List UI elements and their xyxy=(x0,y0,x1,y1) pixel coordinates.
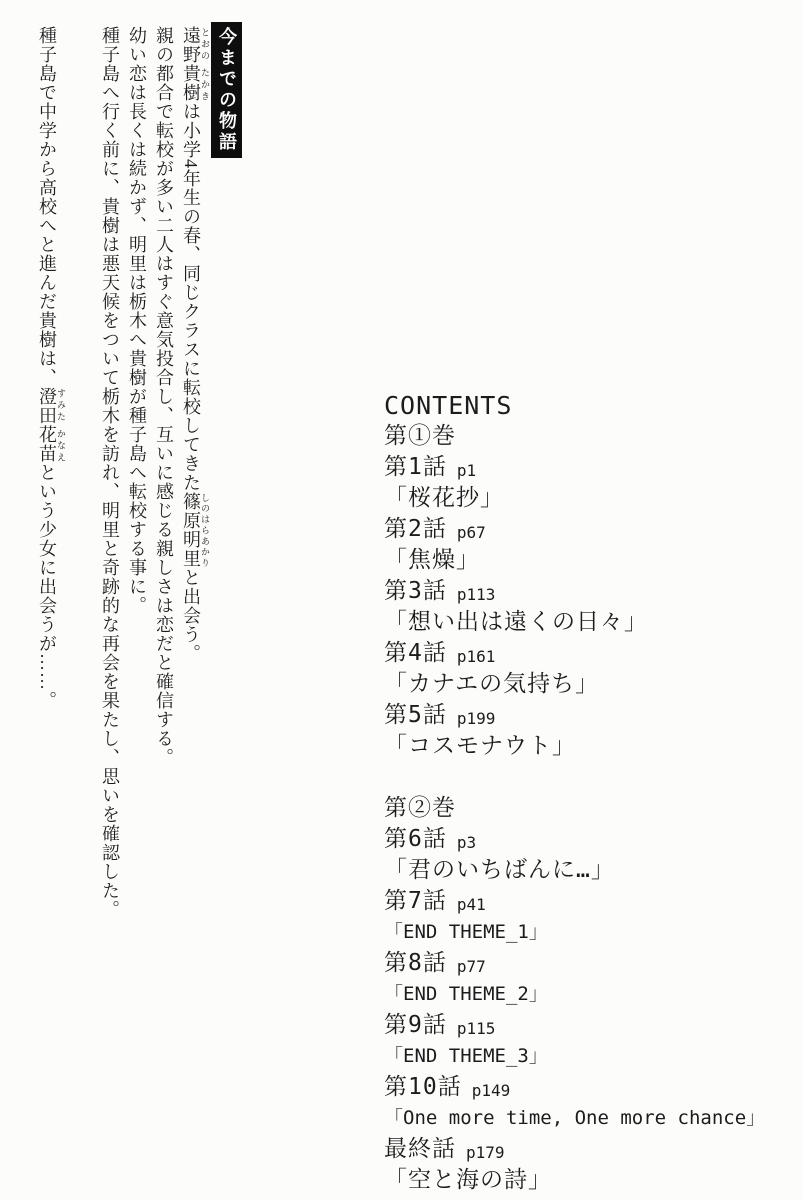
story-paragraph: 幼い恋は長くは続かず、明里は栃木へ貴樹が種子島へ転校する事に。 xyxy=(123,26,150,928)
contents-item-page: p67 xyxy=(457,523,486,542)
contents-item-page: p161 xyxy=(457,647,496,666)
contents-item-page: p199 xyxy=(457,709,496,728)
contents-row: 「桜花抄」 xyxy=(384,483,765,514)
contents-item-label: 第4話 xyxy=(384,640,447,666)
contents-item-label: 「カナエの気持ち」 xyxy=(384,671,599,697)
contents-row: 第2話p67 xyxy=(384,514,765,545)
contents-row: 第5話p199 xyxy=(384,700,765,731)
contents-item-label: 第①巻 xyxy=(384,423,456,449)
story-paragraph: 遠野貴樹とおの たかきは小学4年生の春、同じクラスに転校してきた篠原明里しのはら… xyxy=(177,26,210,928)
contents-row: 第10話p149 xyxy=(384,1072,765,1103)
contents-item-label: 第5話 xyxy=(384,702,447,728)
contents-item-label: 第9話 xyxy=(384,1012,447,1038)
contents-row: 「END THEME_3」 xyxy=(384,1041,765,1072)
contents-item-label: 第6話 xyxy=(384,826,447,852)
contents-item-label: 「桜花抄」 xyxy=(384,485,504,511)
contents-item-page: p149 xyxy=(472,1081,511,1100)
story-paragraph: 種子島で中学から高校へと進んだ貴樹は、澄田花苗すみた かなえという少女に出会うが… xyxy=(33,26,66,928)
contents-item-label: 第1話 xyxy=(384,454,447,480)
contents-item-label: 「焦燥」 xyxy=(384,547,480,573)
contents-row: 第8話p77 xyxy=(384,948,765,979)
contents-item-page: p1 xyxy=(457,461,476,480)
story-header-box: 今までの物語 xyxy=(211,22,242,158)
contents-item-label: 第2話 xyxy=(384,516,447,542)
contents-item-label: 「END THEME_3」 xyxy=(384,1045,548,1067)
contents-row: 第7話p41 xyxy=(384,886,765,917)
contents-item-label: 第10話 xyxy=(384,1074,462,1100)
contents-list: CONTENTS第①巻第1話p1「桜花抄」第2話p67「焦燥」第3話p113「想… xyxy=(384,390,765,1196)
contents-row: 第3話p113 xyxy=(384,576,765,607)
contents-row: 「空と海の詩」 xyxy=(384,1165,765,1196)
contents-item-page: p113 xyxy=(457,585,496,604)
story-text: 遠野貴樹とおの たかきは小学4年生の春、同じクラスに転校してきた篠原明里しのはら… xyxy=(36,26,210,928)
contents-row: 「END THEME_2」 xyxy=(384,979,765,1010)
contents-item-label: 「コスモナウト」 xyxy=(384,733,576,759)
contents-row: 「焦燥」 xyxy=(384,545,765,576)
contents-item-page: p41 xyxy=(457,895,486,914)
contents-row: 「君のいちばんに…」 xyxy=(384,855,765,886)
contents-row: 「One more time, One more chance」 xyxy=(384,1103,765,1134)
contents-row: 第9話p115 xyxy=(384,1010,765,1041)
story-paragraph: 種子島へ行く前に、貴樹は悪天候をついて栃木を訪れ、明里と奇跡的な再会を果たし、思… xyxy=(96,26,123,928)
contents-row: 「想い出は遠くの日々」 xyxy=(384,607,765,638)
contents-item-label: 「END THEME_2」 xyxy=(384,983,548,1005)
contents-item-label: 「END THEME_1」 xyxy=(384,921,548,943)
contents-row: 「コスモナウト」 xyxy=(384,731,765,762)
contents-item-label: CONTENTS xyxy=(384,391,512,420)
character-name-with-furigana: 遠野貴樹とおの たかき xyxy=(181,26,201,102)
character-name-with-furigana: 澄田花苗すみた かなえ xyxy=(37,387,57,463)
contents-item-page: p179 xyxy=(466,1143,505,1162)
contents-row: 「カナエの気持ち」 xyxy=(384,669,765,700)
contents-row: 「END THEME_1」 xyxy=(384,917,765,948)
contents-item-page: p3 xyxy=(457,833,476,852)
contents-row: 最終話p179 xyxy=(384,1134,765,1165)
contents-row: 第①巻 xyxy=(384,421,765,452)
contents-row: 第②巻 xyxy=(384,793,765,824)
character-name-with-furigana: 篠原明里しのはらあかり xyxy=(181,492,201,568)
contents-item-label: 第7話 xyxy=(384,888,447,914)
contents-row: 第4話p161 xyxy=(384,638,765,669)
contents-item-label: 「想い出は遠くの日々」 xyxy=(384,609,648,635)
contents-row: 第1話p1 xyxy=(384,452,765,483)
contents-item-label: 最終話 xyxy=(384,1136,456,1162)
contents-item-label: 第3話 xyxy=(384,578,447,604)
contents-item-label: 第②巻 xyxy=(384,795,456,821)
contents-section: CONTENTS第①巻第1話p1「桜花抄」第2話p67「焦燥」第3話p113「想… xyxy=(384,390,765,1196)
contents-item-page: p77 xyxy=(457,957,486,976)
contents-item-label: 第8話 xyxy=(384,950,447,976)
contents-item-label: 「空と海の詩」 xyxy=(384,1167,552,1193)
contents-spacer xyxy=(384,762,765,793)
contents-item-label: 「One more time, One more chance」 xyxy=(384,1107,765,1129)
contents-row: CONTENTS xyxy=(384,390,765,421)
contents-item-page: p115 xyxy=(457,1019,496,1038)
story-paragraph: 親の都合で転校が多い二人はすぐ意気投合し、互いに感じる親しさは恋だと確信する。 xyxy=(150,26,177,928)
contents-item-label: 「君のいちばんに…」 xyxy=(384,857,615,883)
story-header-label: 今までの物語 xyxy=(217,27,237,153)
contents-row: 第6話p3 xyxy=(384,824,765,855)
